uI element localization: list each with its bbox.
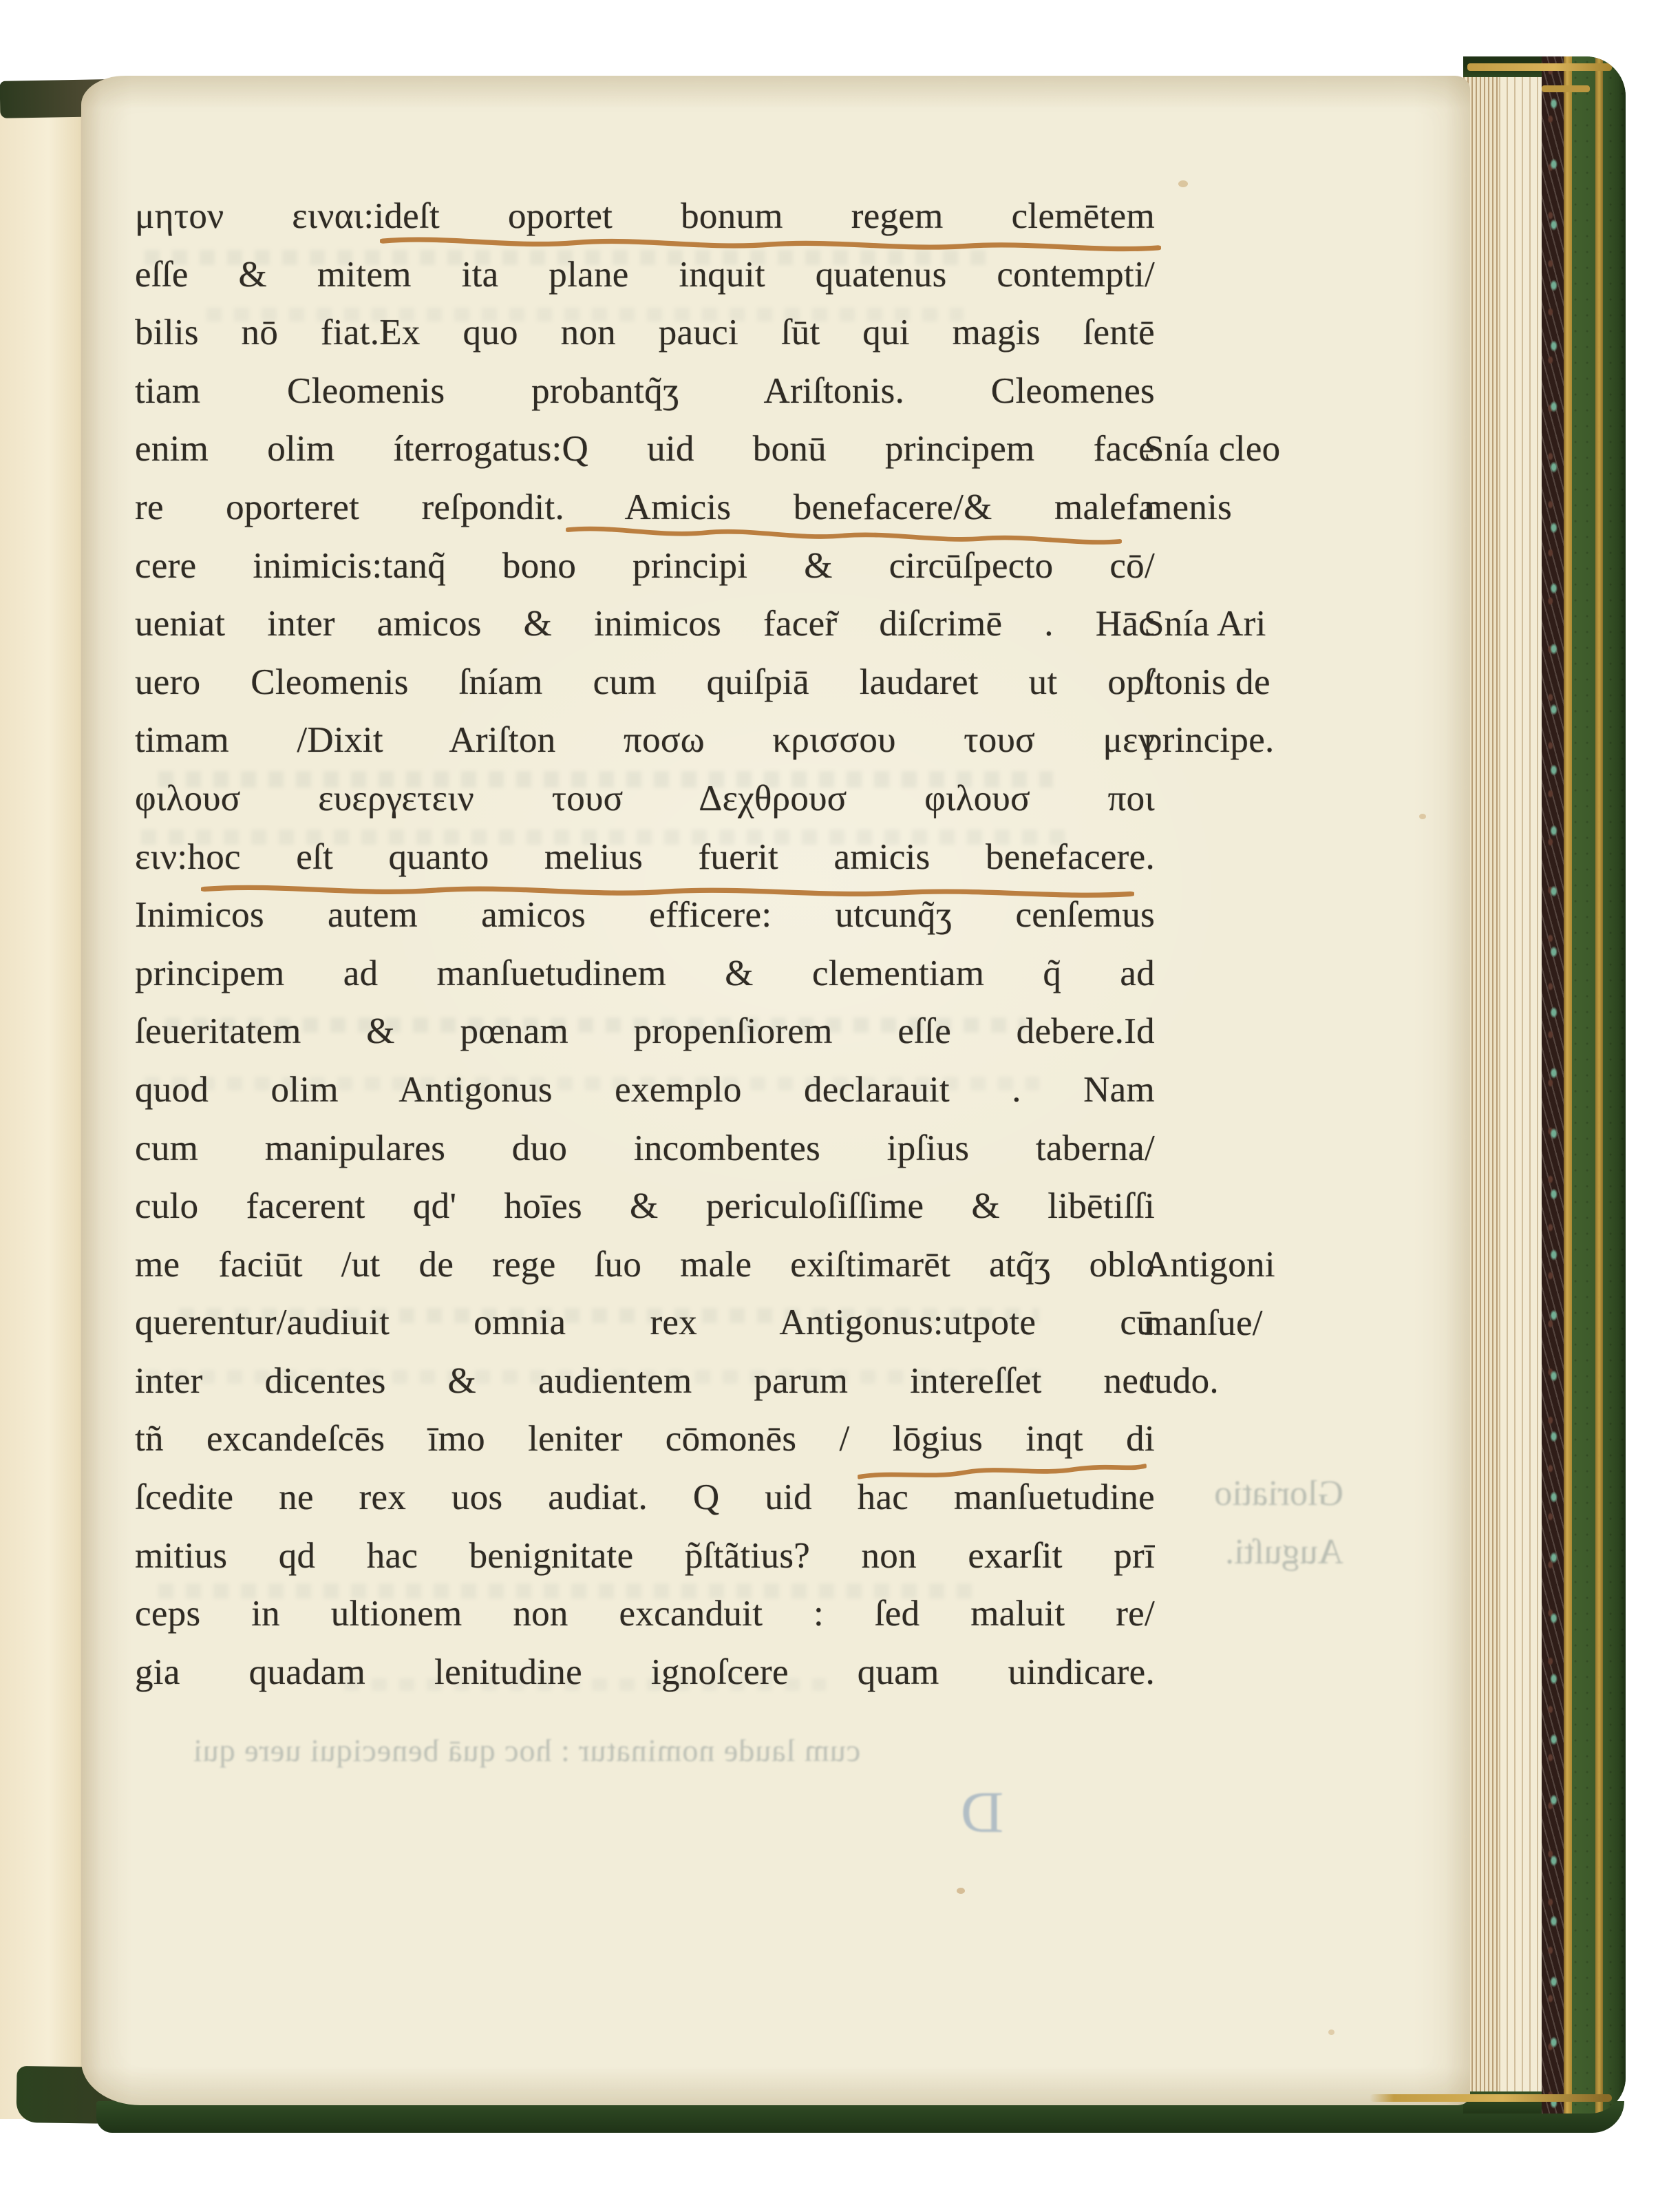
foxing-speck xyxy=(1419,814,1426,819)
text-line: bilis nō fiat.Ex quo non pauci ſūt qui m… xyxy=(135,304,1155,362)
text-line: ueniat inter amicos & inimicos facer̃ di… xyxy=(135,595,1155,653)
foxing-speck xyxy=(957,1888,965,1894)
text-line: φιλουσ ευεργετειν τουσ Δεχθρουσ φιλουσ π… xyxy=(135,770,1155,828)
marbled-pastedown-edge xyxy=(1542,56,1564,2114)
gilt-fillet-outer xyxy=(1595,56,1603,2114)
gilt-top-rule-short xyxy=(1542,85,1590,92)
text-line: uero Cleomenis ſníam cum quiſpiā laudare… xyxy=(135,653,1155,712)
text-line: ceps in ultionem non excanduit : ſed mal… xyxy=(135,1585,1155,1643)
text-line: mitius qd hac benignitate p̃ſtãtius? non… xyxy=(135,1527,1155,1585)
cover-bottom-edge xyxy=(96,2101,1624,2133)
margin-note-ariston: Snía Ariſtonis deprincipe. xyxy=(1144,595,1350,770)
right-edge-assembly xyxy=(1463,56,1626,2114)
gilt-top-rule xyxy=(1467,63,1612,71)
show-through-bottom-line: cum laude nominatur : hoc quā beneciqui … xyxy=(131,1732,922,1769)
facing-page-sliver xyxy=(0,88,88,2119)
show-through-word: Auguſti. xyxy=(1137,1524,1343,1582)
margin-note-line: menis xyxy=(1144,478,1350,537)
text-line: tiam Cleomenis probantq̃ʒ Ariſtonis. Cle… xyxy=(135,362,1155,421)
text-line: culo facerent qd' hoīes & periculoſiſſim… xyxy=(135,1177,1155,1236)
text-line: principem ad manſuetudinem & clementiam … xyxy=(135,945,1155,1003)
foxing-speck xyxy=(1328,2030,1335,2035)
text-line: inter dicentes & audientem parum intereſ… xyxy=(135,1352,1155,1411)
show-through-margin-note: Gloriatio Auguſti. xyxy=(1137,1465,1343,1581)
margin-note-line: Antigoni xyxy=(1144,1236,1350,1294)
book-photograph: μητον ειναι:ideſt oportet bonum regem cl… xyxy=(0,0,1680,2203)
text-line: quod olim Antigonus exemplo declarauit .… xyxy=(135,1061,1155,1119)
gilt-bottom-rule xyxy=(1370,2094,1612,2102)
margin-note-line: manſue/ xyxy=(1144,1294,1350,1353)
text-line: enim olim íterrogatus:Q uid bonū princip… xyxy=(135,420,1155,478)
margin-note-line: Snía Ari xyxy=(1144,595,1350,653)
text-line: me faciūt /ut de rege ſuo male exiſtimar… xyxy=(135,1236,1155,1294)
show-through-word: Gloriatio xyxy=(1137,1465,1343,1524)
margin-note-line: Snía cleo xyxy=(1144,420,1350,478)
gilt-fillet-inner xyxy=(1564,56,1572,2114)
text-line: tñ excandeſcēs īmo leniter cōmonēs / lōg… xyxy=(135,1410,1155,1468)
text-line: gia quadam lenitudine ignoſcere quam uin… xyxy=(135,1643,1155,1702)
margin-note-line: principe. xyxy=(1144,711,1350,770)
margin-note-cleomenes: Snía cleomenis xyxy=(1144,420,1350,536)
text-line: cum manipulares duo incombentes ipſius t… xyxy=(135,1119,1155,1178)
margin-note-line: tudo. xyxy=(1144,1352,1350,1411)
text-line: ſeueritatem & pœnam propenſiorem eſſe de… xyxy=(135,1002,1155,1061)
text-line: timam /Dixit Ariſton ποσω κρισσου τουσ μ… xyxy=(135,711,1155,770)
text-line: ειν:hoc eſt quanto melius fuerit amicis … xyxy=(135,828,1155,887)
margin-note-line: ſtonis de xyxy=(1144,653,1350,712)
show-through-signature-letter: D xyxy=(951,1778,1013,1846)
margin-note-antigonus: Antigonimanſue/tudo. xyxy=(1144,1236,1350,1411)
text-line: querentur/audiuit omnia rex Antigonus:ut… xyxy=(135,1294,1155,1352)
foxing-speck xyxy=(1178,180,1188,187)
fore-edge-leaves-light xyxy=(1499,77,1542,2091)
